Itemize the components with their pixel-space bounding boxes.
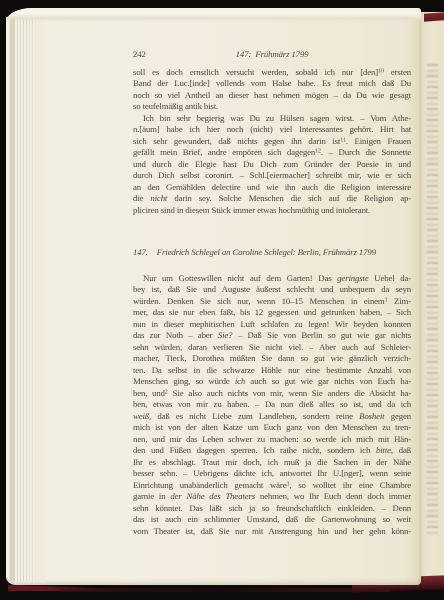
text-line: und durch die Elegie hast Du Dich zum Gr… xyxy=(133,159,411,171)
book-cover-corner-top-right xyxy=(424,12,444,21)
text-line: macher, Tieck, Dorothea müßten Sie dann … xyxy=(133,353,411,365)
text-line: durch Dich selbst coronirt. – Schl.[eier… xyxy=(133,170,411,182)
text-line: sehn würden, daran verlieren Sie nicht v… xyxy=(133,342,411,354)
text-column: 242 147: Frühmärz 1799 soll es doch erns… xyxy=(133,49,411,537)
text-line: Einrichtung unabänderlich gemacht wäre3,… xyxy=(133,480,411,492)
text-line: sich sehr gewundert, daß nichts gegen ih… xyxy=(133,136,411,148)
letter-paragraphs: Nur um Gotteswillen nicht auf dem Garten… xyxy=(133,273,411,538)
text-line: Ihr es abschlagt. Traut mir doch, ich mu… xyxy=(133,457,411,469)
text-line: bey ist, daß Sie und Auguste äußerst sch… xyxy=(133,284,411,296)
text-line: das zur Noth – aber Sie? – Daß Sie von B… xyxy=(133,330,411,342)
text-line: so teufelmäßig antik bist. xyxy=(133,101,411,113)
text-line: den und Füßen dagegen sperren. Ich rathe… xyxy=(133,445,411,457)
text-line: Nur um Gotteswillen nicht auf dem Garten… xyxy=(133,273,411,285)
facing-page-strip xyxy=(419,12,444,588)
page-edge-stack xyxy=(6,17,46,582)
letter-number: 147. xyxy=(133,247,148,257)
text-line: an den Gemählden delectire und wie ihn a… xyxy=(133,182,411,194)
paragraph: Ich bin sehr begierig was Du zu Hülsen s… xyxy=(133,113,411,217)
text-line: sehn könntet. Das läßt sich ja so freund… xyxy=(133,503,411,515)
text-line: garnie in der Nähe des Theaters nehmen, … xyxy=(133,491,411,503)
text-line: besser sehn. – Uebrigens dächte ich, ant… xyxy=(133,468,411,480)
letter-heading: 147.Friedrich Schlegel an Caroline Schle… xyxy=(133,247,411,259)
text-line: Band der Luc.[inde] vollends vom Halse h… xyxy=(133,78,411,90)
text-line: Menschen ging, so würde ich auch so gut … xyxy=(133,376,411,388)
page-top-edge xyxy=(6,8,421,22)
paragraph: soll es doch ernstlich versucht werden, … xyxy=(133,67,411,113)
running-header: 242 147: Frühmärz 1799 xyxy=(133,49,411,61)
book-page: 242 147: Frühmärz 1799 soll es doch erns… xyxy=(6,8,421,585)
book-photo: 242 147: Frühmärz 1799 soll es doch erns… xyxy=(0,0,444,600)
text-line: die nicht darin sey. Solche Menschen die… xyxy=(133,193,411,205)
text-line: pliciren sind in diesem Stück immer etwa… xyxy=(133,205,411,217)
text-line: mer, das sie nur eben faßt, bis 12 geges… xyxy=(133,307,411,319)
text-line: noch so viel Antheil an dieser hast nehm… xyxy=(133,90,411,102)
text-line: vom Theater ist, daß Sie nur mit Anstren… xyxy=(133,526,411,538)
text-line: ben, etwas von mir zu haben. – Da nun di… xyxy=(133,399,411,411)
text-line: würden. Denken Sie sich nur, wenn 10–15 … xyxy=(133,296,411,308)
text-line: nen, und mir das Leben schwer zu machen:… xyxy=(133,434,411,446)
facing-page-text-showthrough xyxy=(427,64,438,534)
intro-paragraphs: soll es doch ernstlich versucht werden, … xyxy=(133,67,411,217)
text-line: ten. Da selbst in die schwarze Höhle nur… xyxy=(133,365,411,377)
text-line: mich ist von der alten Katze um Euch gan… xyxy=(133,422,411,434)
running-header-title: 147: Frühmärz 1799 xyxy=(133,49,411,61)
book-cover-edge-bottom xyxy=(60,588,390,592)
letter-title: Friedrich Schlegel an Caroline Schlegel:… xyxy=(157,247,376,257)
text-line: nun in dieser mephitischen Luft schlafen… xyxy=(133,319,411,331)
text-line: ben, und2 Sie also auch nichts von mir, … xyxy=(133,388,411,400)
page-number: 242 xyxy=(133,49,146,61)
text-line: gefällt mein Brief, andre empören sich d… xyxy=(133,147,411,159)
text-line: n.[äum] habe ich hier noch (nicht) viel … xyxy=(133,124,411,136)
text-line: soll es doch ernstlich versucht werden, … xyxy=(133,67,411,79)
text-line: das ist auch ein schlimmer Umstand, daß … xyxy=(133,514,411,526)
paragraph: Nur um Gotteswillen nicht auf dem Garten… xyxy=(133,273,411,538)
text-line: weiß, daß es nicht Liebe zum Landleben, … xyxy=(133,411,411,423)
text-line: Ich bin sehr begierig was Du zu Hülsen s… xyxy=(133,113,411,125)
